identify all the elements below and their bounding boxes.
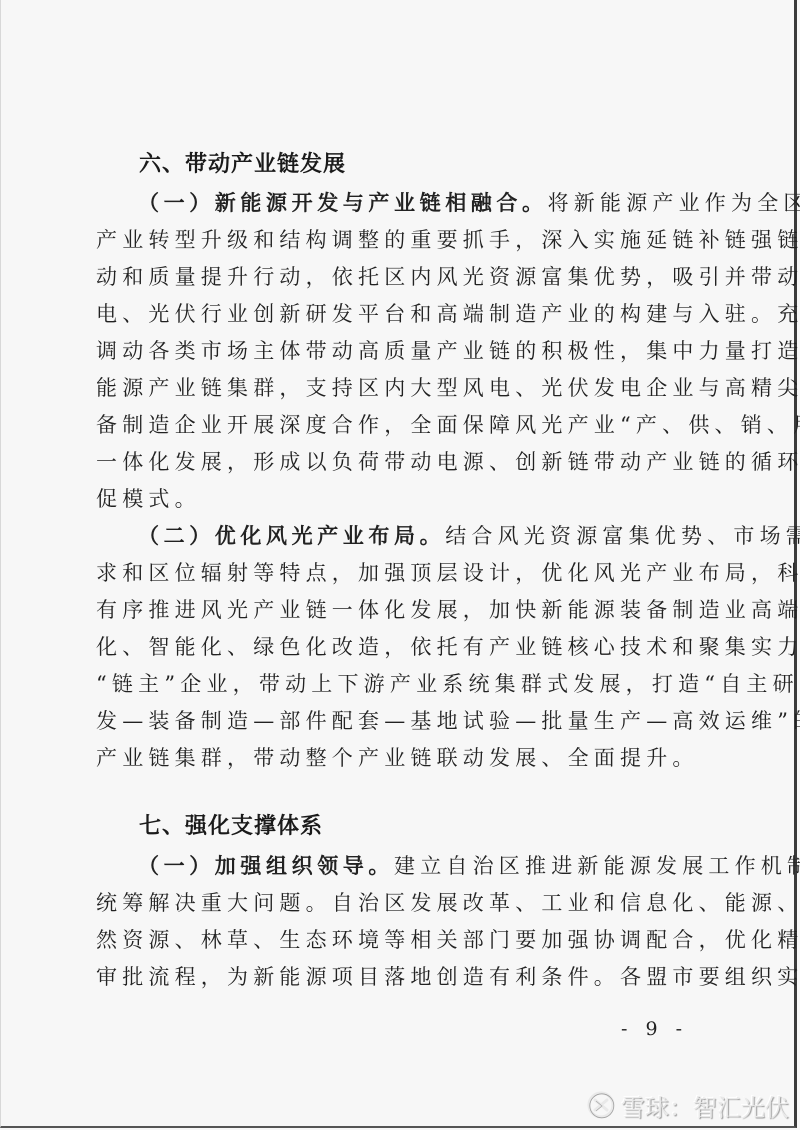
paragraph-text: 将新能源产业作为全区 [548, 191, 800, 215]
paragraph-lead: （一）加强组织领导。 [138, 854, 394, 878]
paragraph-1-line-1: （一）新能源开发与产业链相融合。将新能源产业作为全区 [138, 185, 698, 222]
paragraph-line: 一体化发展，形成以负荷带动电源、创新链带动产业链的循环互 [96, 444, 696, 481]
paragraph-lead: （一）新能源开发与产业链相融合。 [138, 191, 548, 215]
section-heading-6: 六、带动产业链发展 [139, 150, 346, 180]
paragraph-line: 备制造企业开展深度合作，全面保障风光产业“产、供、销、用” [96, 407, 696, 444]
paragraph-line: 调动各类市场主体带动高质量产业链的积极性，集中力量打造新 [96, 333, 696, 370]
watermark: 雪球：智汇光伏 [587, 1088, 789, 1122]
paragraph-text: 建立自治区推进新能源发展工作机制， [394, 854, 800, 878]
paragraph-lead: （二）优化风光产业布局。 [138, 524, 445, 548]
paragraph-3-line-1: （一）加强组织领导。建立自治区推进新能源发展工作机制， [138, 848, 698, 885]
paragraph-line: “链主”企业，带动上下游产业系统集群式发展，打造“自主研 [96, 666, 696, 703]
paragraph-line: 审批流程，为新能源项目落地创造有利条件。各盟市要组织实施 [96, 959, 696, 996]
paragraph-line: 电、光伏行业创新研发平台和高端制造产业的构建与入驻。充分 [96, 296, 696, 333]
paragraph-line: 化、智能化、绿色化改造，依托有产业链核心技术和聚集实力的 [96, 629, 696, 666]
page-number: - 9 - [621, 1018, 688, 1040]
paragraph-line: 发—装备制造—部件配套—基地试验—批量生产—高效运维”的 [96, 703, 696, 740]
paragraph-line: 动和质量提升行动，依托区内风光资源富集优势，吸引并带动风 [96, 259, 696, 296]
paragraph-line: 求和区位辐射等特点，加强顶层设计，优化风光产业布局，科学 [96, 555, 696, 592]
document-page: 六、带动产业链发展 （一）新能源开发与产业链相融合。将新能源产业作为全区 产业转… [0, 0, 797, 1128]
paragraph-line: 能源产业链集群，支持区内大型风电、光伏发电企业与高精尖装 [96, 370, 696, 407]
paragraph-text: 结合风光资源富集优势、市场需 [445, 524, 800, 548]
paragraph-2-line-1: （二）优化风光产业布局。结合风光资源富集优势、市场需 [138, 518, 698, 555]
snowball-logo-icon [587, 1091, 615, 1119]
section-heading-7: 七、强化支撑体系 [139, 812, 323, 842]
watermark-text: 雪球：智汇光伏 [621, 1088, 789, 1123]
paragraph-line: 产业转型升级和结构调整的重要抓手，深入实施延链补链强链行 [96, 222, 696, 259]
paragraph-line: 然资源、林草、生态环境等相关部门要加强协调配合，优化精简 [96, 922, 696, 959]
paragraph-line: 有序推进风光产业链一体化发展，加快新能源装备制造业高端 [96, 592, 696, 629]
paragraph-line: 促模式。 [96, 481, 696, 518]
paragraph-line: 产业链集群，带动整个产业链联动发展、全面提升。 [96, 740, 696, 777]
paragraph-line: 统筹解决重大问题。自治区发展改革、工业和信息化、能源、自 [96, 885, 696, 922]
